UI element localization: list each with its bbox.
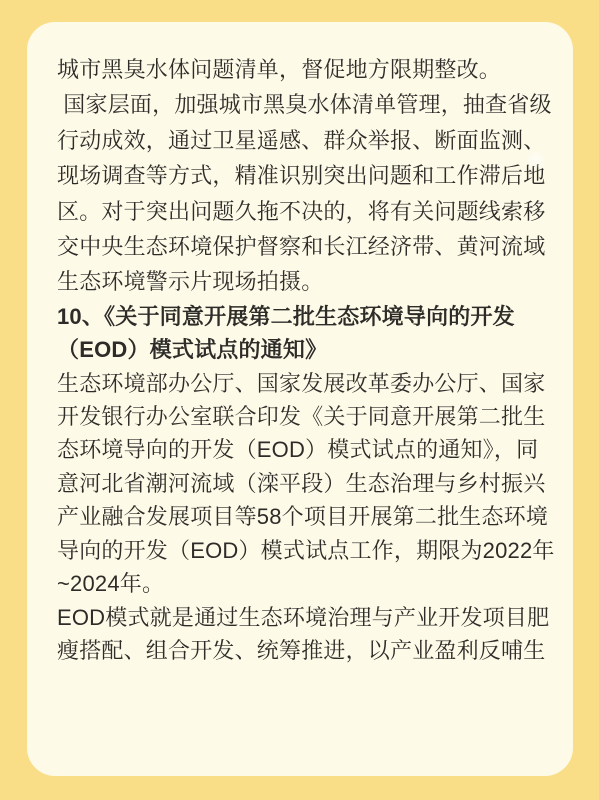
text-line: 产业融合发展项目等58个项目开展第二批生态环境 xyxy=(57,500,545,533)
body-paragraph: EOD模式就是通过生态环境治理与产业开发项目肥瘦搭配、组合开发、统筹推进，以产业… xyxy=(57,601,545,668)
article-body: 城市黑臭水体问题清单，督促地方限期整改。 国家层面，加强城市黑臭水体清单管理，抽… xyxy=(27,22,573,667)
text-line: 瘦搭配、组合开发、统筹推进，以产业盈利反哺生 xyxy=(57,634,545,667)
page-background: 城市黑臭水体问题清单，督促地方限期整改。 国家层面，加强城市黑臭水体清单管理，抽… xyxy=(0,0,599,800)
text-line: 生态环境部办公厅、国家发展改革委办公厅、国家 xyxy=(57,367,545,400)
section-heading: 10、《关于同意开展第二批生态环境导向的开发（EOD）模式试点的通知》 xyxy=(57,300,545,367)
text-line: 生态环境警示片现场拍摄。 xyxy=(57,264,545,299)
text-line: 国家层面，加强城市黑臭水体清单管理，抽查省级 xyxy=(57,87,545,122)
text-line: （EOD）模式试点的通知》 xyxy=(57,333,545,366)
text-line: EOD模式就是通过生态环境治理与产业开发项目肥 xyxy=(57,601,545,634)
text-line: 态环境导向的开发（EOD）模式试点的通知》，同 xyxy=(57,433,545,466)
text-line: ~2024年。 xyxy=(57,567,545,600)
text-line: 导向的开发（EOD）模式试点工作，期限为2022年 xyxy=(57,534,545,567)
text-line: 开发银行办公室联合印发《关于同意开展第二批生 xyxy=(57,400,545,433)
text-line: 现场调查等方式，精准识别突出问题和工作滞后地 xyxy=(57,158,545,193)
article-card: 城市黑臭水体问题清单，督促地方限期整改。 国家层面，加强城市黑臭水体清单管理，抽… xyxy=(27,22,573,776)
body-paragraph: 生态环境部办公厅、国家发展改革委办公厅、国家开发银行办公室联合印发《关于同意开展… xyxy=(57,367,545,601)
text-line: 交中央生态环境保护督察和长江经济带、黄河流域 xyxy=(57,229,545,264)
text-line: 10、《关于同意开展第二批生态环境导向的开发 xyxy=(57,300,545,333)
text-line: 区。对于突出问题久拖不决的，将有关问题线索移 xyxy=(57,194,545,229)
body-paragraph: 城市黑臭水体问题清单，督促地方限期整改。 国家层面，加强城市黑臭水体清单管理，抽… xyxy=(57,52,545,300)
text-line: 城市黑臭水体问题清单，督促地方限期整改。 xyxy=(57,52,545,87)
text-line: 行动成效，通过卫星遥感、群众举报、断面监测、 xyxy=(57,123,545,158)
text-line: 意河北省潮河流域（滦平段）生态治理与乡村振兴 xyxy=(57,467,545,500)
